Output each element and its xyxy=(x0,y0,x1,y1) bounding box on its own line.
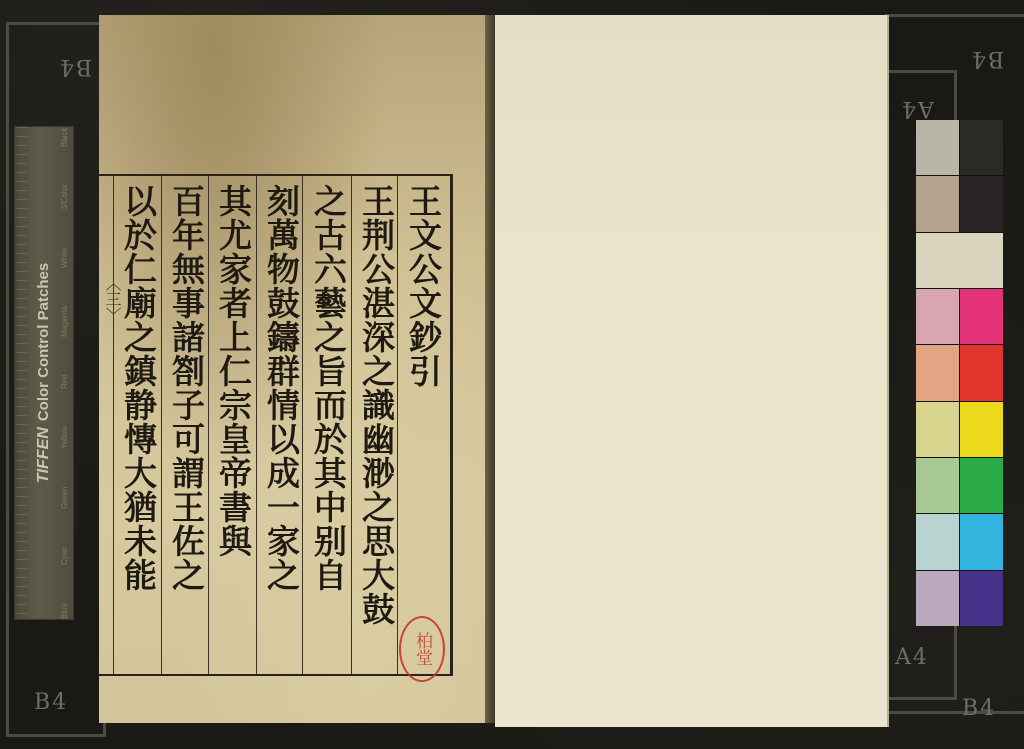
guide-label-b4-top-right: B4 xyxy=(970,46,1004,71)
red-seal-stamp: 柏堂 xyxy=(399,616,445,682)
side-label: Blue xyxy=(60,603,70,619)
color-patch-light-gray xyxy=(916,120,959,175)
color-patch-light-cyan xyxy=(916,514,959,569)
guide-label-a4-top-right: A4 xyxy=(900,96,934,121)
column-rule xyxy=(351,176,352,674)
tiffen-label: TIFFEN Color Control Patches xyxy=(35,263,53,483)
color-patch-purple xyxy=(960,571,1003,626)
side-label: Cyan xyxy=(60,547,70,566)
side-label: Yellow xyxy=(60,427,70,450)
color-patch-magenta xyxy=(960,289,1003,344)
color-patch-yellow xyxy=(960,402,1003,457)
color-patch-chart xyxy=(916,120,1003,626)
color-patch-white xyxy=(916,233,1003,288)
side-label: Green xyxy=(60,487,70,509)
ruler-ticks xyxy=(17,127,27,619)
color-patch-green xyxy=(960,458,1003,513)
column-rule xyxy=(113,176,114,674)
tiffen-side-labels: Blue Cyan Green Yellow Red Magenta White… xyxy=(60,127,70,619)
color-patch-light-purple xyxy=(916,571,959,626)
guide-label-b4-top-left: B4 xyxy=(58,54,92,79)
left-book-page: 〈三〉 王文公文鈔引 王荆公湛深之識幽渺之思大鼓 之古六藝之旨而於其中别自 刻萬… xyxy=(99,15,485,723)
column-rule xyxy=(161,176,162,674)
book-gutter xyxy=(485,15,495,723)
text-column-4: 刻萬物鼓鑄群情以成一家之 xyxy=(258,184,304,592)
text-column-2: 王荆公湛深之識幽渺之思大鼓 xyxy=(353,184,399,626)
side-label: Black xyxy=(60,127,70,147)
text-column-7: 以於仁廟之鎮静慱大猶未能 xyxy=(115,184,161,592)
text-column-6: 百年無事諸劄子可謂王佐之 xyxy=(163,184,209,592)
color-patch-tan xyxy=(916,176,959,231)
text-frame: 王文公文鈔引 王荆公湛深之識幽渺之思大鼓 之古六藝之旨而於其中别自 刻萬物鼓鑄群… xyxy=(99,174,453,676)
right-blank-page xyxy=(495,15,889,727)
side-label: White xyxy=(60,248,70,268)
tiffen-title: Color Control Patches xyxy=(35,263,52,421)
guide-label-b4-bottom-left: B4 xyxy=(34,690,68,715)
color-patch-light-yellow xyxy=(916,402,959,457)
color-patch-near-black xyxy=(960,176,1003,231)
guide-label-b4-bottom-right: B4 xyxy=(962,696,996,721)
column-rule xyxy=(256,176,257,674)
color-patch-light-green xyxy=(916,458,959,513)
side-label: Red xyxy=(60,374,70,389)
text-column-1: 王文公文鈔引 xyxy=(400,184,446,388)
text-column-3: 之古六藝之旨而於其中别自 xyxy=(305,184,351,592)
tiffen-color-control-strip: TIFFEN Color Control Patches Blue Cyan G… xyxy=(14,126,74,620)
side-label: Magenta xyxy=(60,306,70,337)
tiffen-brand: TIFFEN xyxy=(35,427,53,483)
side-label: 3/Color xyxy=(60,184,70,210)
text-column-5: 其尤家者上仁宗皇帝書與 xyxy=(210,184,256,558)
color-patch-dark-gray xyxy=(960,120,1003,175)
color-patch-cyan xyxy=(960,514,1003,569)
color-patch-light-pink xyxy=(916,289,959,344)
color-patch-light-orange xyxy=(916,345,959,400)
guide-label-a4-bottom-right: A4 xyxy=(895,645,929,670)
color-patch-red xyxy=(960,345,1003,400)
